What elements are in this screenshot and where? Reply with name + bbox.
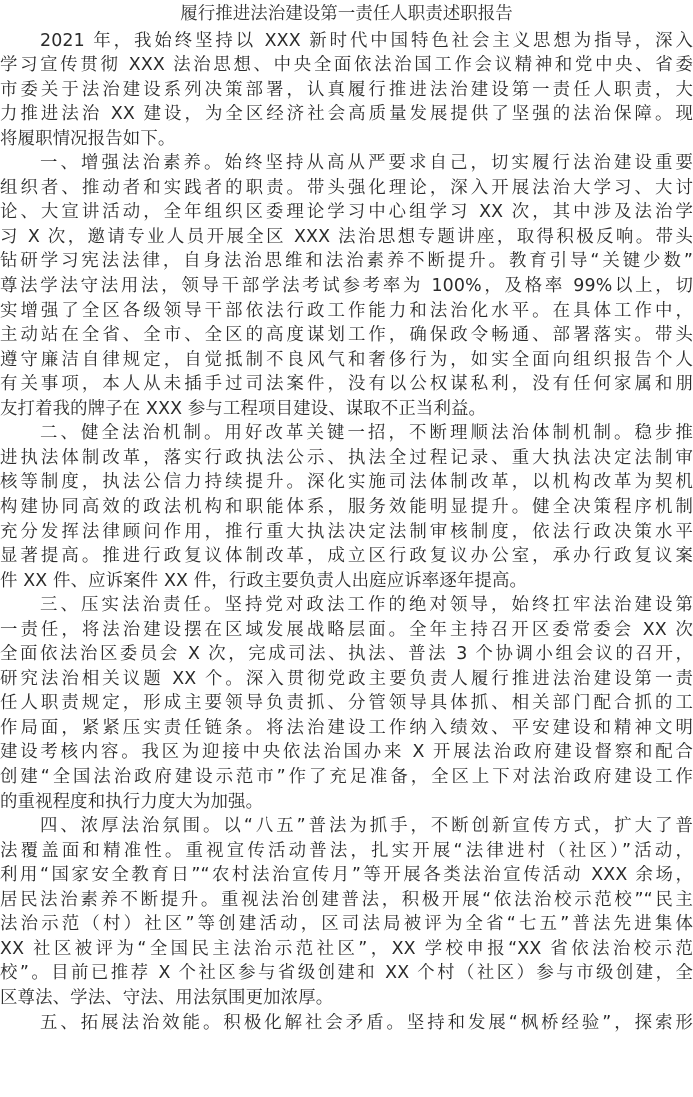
paragraph-line: 组织者、推动者和实践者的职责。带头强化理论，深入开展法治大学习、大讨: [0, 176, 693, 200]
paragraph-line: 遵守廉洁自律规定，自觉抵制不良风气和奢侈行为，如实全面向组织报告个人: [0, 348, 693, 372]
paragraph-line: 的重视程度和执行力度大为加强。: [0, 790, 693, 814]
paragraph-line: 作局面，紧紧压实责任链条。将法治建设工作纳入绩效、平安建设和精神文明: [0, 716, 693, 740]
paragraph-line: 一、增强法治素养。始终坚持从高从严要求自己，切实履行法治建设重要: [0, 151, 693, 175]
paragraph-line: 二、健全法治机制。用好改革关键一招，不断理顺法治体制机制。稳步推: [0, 421, 693, 445]
paragraph-line: 五、拓展法治效能。积极化解社会矛盾。坚持和发展“枫桥经验”，探索形: [0, 1011, 693, 1035]
paragraph-line: 法覆盖面和精准性。重视宣传活动普法，扎实开展“法律进村（社区）”活动，: [0, 839, 693, 863]
paragraph-line: 2021 年，我始终坚持以 XXX 新时代中国特色社会主义思想为指导，深入: [0, 29, 693, 53]
paragraph-line: 进执法体制改革，落实行政执法公示、执法全过程记录、重大执法决定法制审: [0, 446, 693, 470]
paragraph-line: 区尊法、学法、守法、用法氛围更加浓厚。: [0, 986, 693, 1010]
paragraph-line: 充分发挥法律顾问作用，推行重大执法决定法制审核制度，依法行政决策水平: [0, 520, 693, 544]
document-page: 履行推进法治建设第一责任人职责述职报告 2021 年，我始终坚持以 XXX 新时…: [0, 0, 693, 1097]
paragraph-line: 钻研学习宪法法律，自身法治思维和法治素养不断提升。教育引导“关键少数”: [0, 249, 693, 273]
paragraph-line: 居民法治素养不断提升。重视法治创建普法，积极开展“依法治校示范校”“民主: [0, 888, 693, 912]
paragraph-line: 件 XX 件、应诉案件 XX 件，行政主要负责人出庭应诉率逐年提高。: [0, 569, 693, 593]
paragraph-line: 核等制度，执法公信力持续提升。深化实施司法体制改革，以机构改革为契机: [0, 470, 693, 494]
document-title: 履行推进法治建设第一责任人职责述职报告: [0, 3, 693, 25]
paragraph-line: 主动站在全省、全市、全区的高度谋划工作，确保政令畅通、部署落实。带头: [0, 323, 693, 347]
paragraph-line: 法治示范（村）社区”等创建活动，区司法局被评为全省“七五”普法先进集体: [0, 912, 693, 936]
paragraph-line: 利用“国家安全教育日”“农村法治宣传月”等开展各类法治宣传活动 XXX 余场，: [0, 863, 693, 887]
paragraph-line: 力推进法治 XX 建设，为全区经济社会高质量发展提供了坚强的法治保障。现: [0, 102, 693, 126]
paragraph-line: 友打着我的牌子在 XXX 参与工程项目建设、谋取不正当利益。: [0, 397, 693, 421]
paragraph-line: 四、浓厚法治氛围。以“八五”普法为抓手，不断创新宣传方式，扩大了普: [0, 814, 693, 838]
paragraph-line: 一责任，将法治建设摆在区域发展战略层面。全年主持召开区委常委会 XX 次: [0, 618, 693, 642]
paragraph-line: 创建“全国法治政府建设示范市”作了充足准备，全区上下对法治政府建设工作: [0, 765, 693, 789]
paragraph-line: 有关事项，本人从未插手过司法案件，没有以公权谋私利，没有任何家属和朋: [0, 372, 693, 396]
paragraph-line: 市委关于法治建设系列决策部署，认真履行推进法治建设第一责任人职责，大: [0, 78, 693, 102]
paragraph-line: 将履职情况报告如下。: [0, 127, 693, 151]
paragraph-line: 建设考核内容。我区为迎接中央依法治国办来 X 开展法治政府建设督察和配合: [0, 740, 693, 764]
paragraph-line: 习 X 次，邀请专业人员开展全区 XXX 法治思想专题讲座，取得积极反响。带头: [0, 225, 693, 249]
paragraph-line: XX 社区被评为“全国民主法治示范社区”，XX 学校申报“XX 省依法治校示范: [0, 937, 693, 961]
paragraph-line: 全面依法治区委员会 X 次，完成司法、执法、普法 3 个协调小组会议的召开，: [0, 642, 693, 666]
paragraph-line: 论、大宣讲活动，全年组织区委理论学习中心组学习 XX 次，其中涉及法治学: [0, 200, 693, 224]
paragraph-line: 任人职责规定，形成主要领导负责抓、分管领导具体抓、相关部门配合抓的工: [0, 691, 693, 715]
paragraph-line: 构建协同高效的政法机构和职能体系，服务效能明显提升。健全决策程序机制: [0, 495, 693, 519]
paragraph-line: 校”。目前已推荐 X 个社区参与省级创建和 XX 个村（社区）参与市级创建，全: [0, 961, 693, 985]
paragraph-line: 研究法治相关议题 XX 个。深入贯彻党政主要负责人履行推进法治建设第一责: [0, 667, 693, 691]
paragraph-line: 三、压实法治责任。坚持党对政法工作的绝对领导，始终扛牢法治建设第: [0, 593, 693, 617]
paragraph-line: 学习宣传贯彻 XXX 法治思想、中央全面依法治国工作会议精神和党中央、省委: [0, 53, 693, 77]
paragraph-line: 显著提高。推进行政复议体制改革，成立区行政复议办公室，承办行政复议案: [0, 544, 693, 568]
paragraph-line: 尊法学法守法用法，领导干部学法考试参考率为 100%，及格率 99%以上，切: [0, 274, 693, 298]
paragraph-line: 实增强了全区各级领导干部依法行政工作能力和法治化水平。在具体工作中，: [0, 299, 693, 323]
